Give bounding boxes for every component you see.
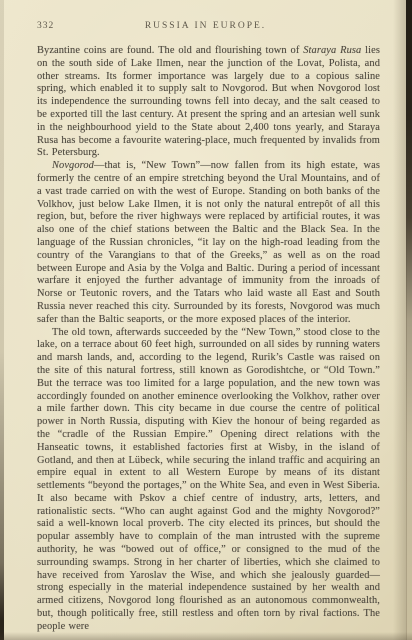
scan-edge-right bbox=[406, 0, 412, 640]
scan-edge-right-shadow bbox=[393, 0, 407, 640]
page-body: 332 RUSSIA IN EUROPE. Byzantine coins ar… bbox=[0, 0, 412, 640]
italic-text: Staraya Rusa bbox=[303, 45, 361, 56]
body-text: The old town, afterwards succeeded by th… bbox=[37, 327, 380, 632]
paragraph: Novgorod—that is, “New Town”—now fallen … bbox=[37, 160, 380, 326]
page-header: 332 RUSSIA IN EUROPE. bbox=[37, 21, 380, 35]
body-text: —that is, “New Town”—now fallen from its… bbox=[37, 160, 380, 325]
running-head: RUSSIA IN EUROPE. bbox=[37, 21, 374, 31]
text-block: Byzantine coins are found. The old and f… bbox=[37, 45, 380, 634]
scan-edge-left bbox=[0, 0, 4, 640]
italic-text: Novgorod bbox=[52, 160, 94, 171]
body-text: lies on the south side of Lake Ilmen, ne… bbox=[37, 45, 380, 158]
scan-edge-bottom bbox=[0, 632, 412, 640]
paragraph: The old town, afterwards succeeded by th… bbox=[37, 327, 380, 634]
paragraph: Byzantine coins are found. The old and f… bbox=[37, 45, 380, 160]
body-text: Byzantine coins are found. The old and f… bbox=[37, 45, 303, 56]
scanned-book-page: 332 RUSSIA IN EUROPE. Byzantine coins ar… bbox=[0, 0, 412, 640]
